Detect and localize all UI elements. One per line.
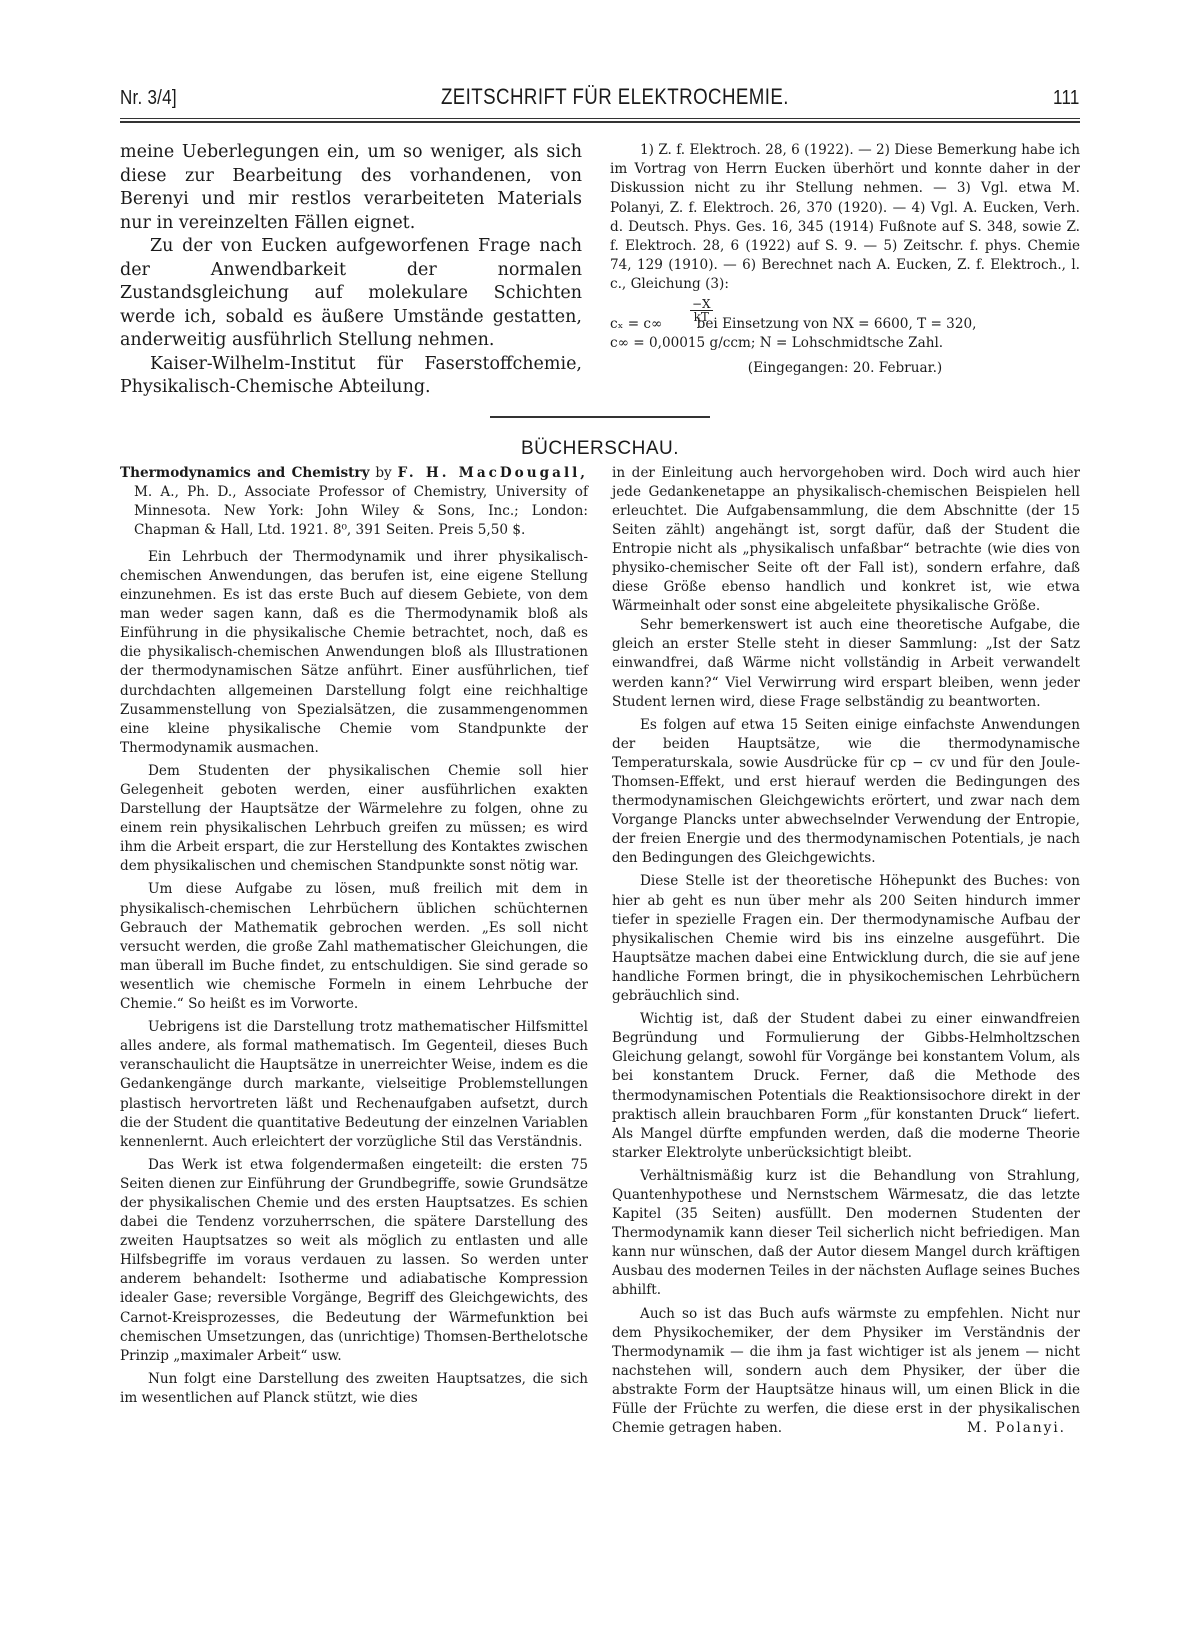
review-left-column: Thermodynamics and Chemistry by F. H. Ma… (120, 464, 588, 1439)
footnotes-text: 1) Z. f. Elektroch. 28, 6 (1922). — 2) D… (610, 141, 1080, 295)
equation: −X kT cₓ = c∞ bei Einsetzung von NX = 66… (610, 315, 1080, 334)
review-paragraph: Wichtig ist, daß der Student dabei zu ei… (612, 1010, 1080, 1163)
section-divider (490, 416, 710, 418)
article-paragraph: meine Ueberlegungen ein, um so weniger, … (120, 141, 582, 235)
bibliographic-entry: Thermodynamics and Chemistry by F. H. Ma… (120, 464, 588, 540)
equation-exponent: −X kT (690, 298, 713, 323)
institute-affiliation: Kaiser-Wilhelm-Institut für Faserstoffch… (120, 353, 582, 400)
running-head: Nr. 3/4] ZEITSCHRIFT FÜR ELEKTROCHEMIE. … (120, 84, 1080, 110)
equation-lhs: cₓ = c∞ (610, 316, 662, 332)
book-details: M. A., Ph. D., Associate Professor of Ch… (134, 484, 588, 538)
review-paragraph: Verhältnismäßig kurz ist die Behandlung … (612, 1167, 1080, 1301)
review-paragraph: Sehr bemerkenswert ist auch eine theoret… (612, 616, 1080, 711)
review-paragraph: Auch so ist das Buch aufs wärmste zu emp… (612, 1305, 1080, 1439)
page-number: 111 (1053, 87, 1080, 110)
article-ending-column: meine Ueberlegungen ein, um so weniger, … (120, 141, 582, 400)
book-author: F. H. MacDougall, (398, 465, 588, 481)
journal-title: ZEITSCHRIFT FÜR ELEKTROCHEMIE. (441, 84, 789, 110)
footnotes-column: 1) Z. f. Elektroch. 28, 6 (1922). — 2) D… (610, 141, 1080, 400)
equation-conditions: bei Einsetzung von NX = 6600, T = 320, (692, 316, 976, 332)
article-paragraph: Zu der von Eucken aufgeworfenen Frage na… (120, 235, 582, 353)
header-rule (120, 118, 1080, 123)
review-paragraph: Nun folgt eine Darstellung des zweiten H… (120, 1370, 588, 1408)
review-paragraph: Um diese Aufgabe zu lösen, muß freilich … (120, 880, 588, 1014)
book-review: Thermodynamics and Chemistry by F. H. Ma… (120, 464, 1080, 1439)
review-paragraph: Es folgen auf etwa 15 Seiten einige einf… (612, 716, 1080, 869)
received-date: (Eingegangen: 20. Februar.) (610, 359, 1080, 378)
review-paragraph: Das Werk ist etwa folgendermaßen eingete… (120, 1156, 588, 1366)
review-paragraph: Dem Studenten der physikalischen Chemie … (120, 762, 588, 877)
review-paragraph: Diese Stelle ist der theoretische Höhepu… (612, 872, 1080, 1006)
review-paragraph: Ein Lehrbuch der Thermodynamik und ihrer… (120, 548, 588, 758)
equation-constants: c∞ = 0,00015 g/ccm; N = Lohschmidtsche Z… (610, 334, 1080, 353)
book-title: Thermodynamics and Chemistry (120, 465, 369, 481)
issue-number: Nr. 3/4] (120, 87, 177, 110)
article-continuation: meine Ueberlegungen ein, um so weniger, … (120, 141, 1080, 400)
reviewer-signature: M. Polanyi. (939, 1419, 1066, 1438)
journal-page: Nr. 3/4] ZEITSCHRIFT FÜR ELEKTROCHEMIE. … (120, 84, 1080, 1438)
review-paragraph: in der Einleitung auch hervorgehoben wir… (612, 464, 1080, 617)
section-heading: BÜCHERSCHAU. (120, 438, 1080, 460)
review-right-column: in der Einleitung auch hervorgehoben wir… (612, 464, 1080, 1439)
review-paragraph: Uebrigens ist die Darstellung trotz math… (120, 1018, 588, 1152)
